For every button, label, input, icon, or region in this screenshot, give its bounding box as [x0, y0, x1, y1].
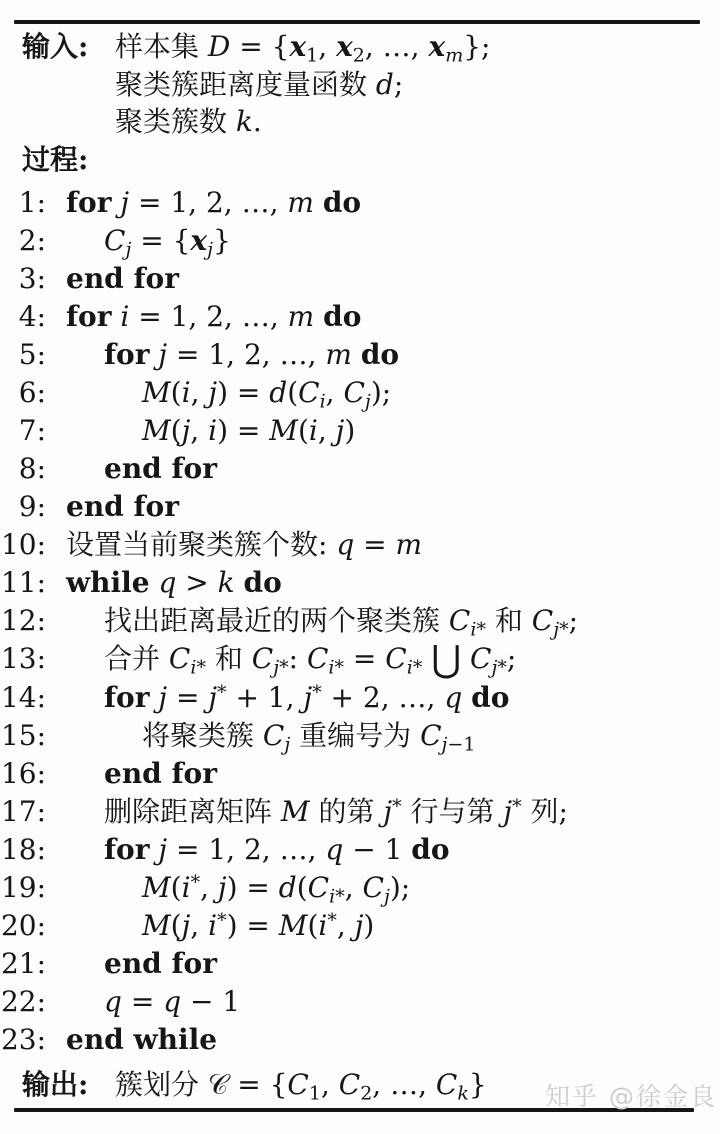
step-row: 3:end for — [0, 260, 720, 298]
step-content: for j = 1, 2, …, q − 1 do — [66, 831, 450, 869]
step-number: 8: — [0, 450, 46, 488]
step-content: for j = 1, 2, …, m do — [66, 336, 399, 374]
process-label: 过程: — [0, 141, 720, 179]
output-expression: 簇划分 𝒞 = {C1, C2, …, Ck} — [115, 1066, 487, 1104]
input-line: 样本集 D = {x1, x2, …, xm}; — [115, 28, 490, 66]
step-content: end for — [66, 450, 217, 488]
step-content: Cj = {xj} — [66, 222, 231, 260]
step-number: 16: — [0, 755, 46, 793]
step-number: 20: — [0, 907, 46, 945]
step-content: while q > k do — [66, 564, 282, 602]
step-number: 14: — [0, 679, 46, 717]
step-content: end for — [66, 755, 217, 793]
step-row: 18:for j = 1, 2, …, q − 1 do — [0, 831, 720, 869]
step-content: for i = 1, 2, …, m do — [66, 298, 361, 336]
step-number: 22: — [0, 983, 46, 1021]
step-number: 5: — [0, 336, 46, 374]
step-number: 9: — [0, 488, 46, 526]
step-number: 12: — [0, 602, 46, 640]
step-row: 23:end while — [0, 1021, 720, 1059]
step-row: 22:q = q − 1 — [0, 983, 720, 1021]
step-row: 19:M(i*, j) = d(Ci*, Cj); — [0, 869, 720, 907]
step-content: 找出距离最近的两个聚类簇 Ci* 和 Cj*; — [66, 602, 578, 640]
step-number: 13: — [0, 640, 46, 679]
step-row: 21:end for — [0, 945, 720, 983]
step-number: 1: — [0, 184, 46, 222]
step-row: 17:删除距离矩阵 M 的第 j* 行与第 j* 列; — [0, 793, 720, 831]
step-number: 17: — [0, 793, 46, 831]
step-number: 11: — [0, 564, 46, 602]
input-lines: 样本集 D = {x1, x2, …, xm};聚类簇距离度量函数 d;聚类簇数… — [115, 28, 490, 141]
step-content: end for — [66, 945, 217, 983]
step-number: 7: — [0, 412, 46, 450]
step-number: 2: — [0, 222, 46, 260]
top-rule — [14, 20, 700, 24]
output-label: 输出: — [22, 1066, 115, 1104]
step-number: 23: — [0, 1021, 46, 1059]
step-content: M(i*, j) = d(Ci*, Cj); — [66, 869, 410, 907]
step-number: 6: — [0, 374, 46, 412]
algorithm-steps: 1:for j = 1, 2, …, m do2:Cj = {xj}3:end … — [0, 184, 720, 1059]
step-content: for j = 1, 2, …, m do — [66, 184, 361, 222]
step-number: 15: — [0, 717, 46, 755]
step-number: 19: — [0, 869, 46, 907]
step-row: 5:for j = 1, 2, …, m do — [0, 336, 720, 374]
input-line: 聚类簇数 k. — [115, 103, 490, 141]
algorithm-page: 输入: 样本集 D = {x1, x2, …, xm};聚类簇距离度量函数 d;… — [0, 0, 720, 1134]
input-line: 聚类簇距离度量函数 d; — [115, 66, 490, 104]
step-row: 7:M(j, i) = M(i, j) — [0, 412, 720, 450]
step-number: 10: — [0, 526, 46, 564]
step-row: 6:M(i, j) = d(Ci, Cj); — [0, 374, 720, 412]
step-row: 10:设置当前聚类簇个数: q = m — [0, 526, 720, 564]
step-row: 20:M(j, i*) = M(i*, j) — [0, 907, 720, 945]
step-row: 15:将聚类簇 Cj 重编号为 Cj−1 — [0, 717, 720, 755]
step-row: 13:合并 Ci* 和 Cj*: Ci* = Ci* ⋃ Cj*; — [0, 640, 720, 679]
step-content: 将聚类簇 Cj 重编号为 Cj−1 — [66, 717, 475, 755]
algorithm-body: 输入: 样本集 D = {x1, x2, …, xm};聚类簇距离度量函数 d;… — [0, 28, 720, 1103]
step-number: 18: — [0, 831, 46, 869]
step-row: 9:end for — [0, 488, 720, 526]
step-content: 删除距离矩阵 M 的第 j* 行与第 j* 列; — [66, 793, 568, 831]
step-row: 1:for j = 1, 2, …, m do — [0, 184, 720, 222]
step-content: end while — [66, 1021, 217, 1059]
watermark: 知乎 @徐金良 — [545, 1077, 717, 1113]
step-number: 4: — [0, 298, 46, 336]
step-row: 11:while q > k do — [0, 564, 720, 602]
input-label: 输入: — [22, 28, 115, 141]
step-row: 4:for i = 1, 2, …, m do — [0, 298, 720, 336]
step-content: 合并 Ci* 和 Cj*: Ci* = Ci* ⋃ Cj*; — [66, 640, 516, 679]
step-content: M(j, i*) = M(i*, j) — [66, 907, 374, 945]
step-row: 12:找出距离最近的两个聚类簇 Ci* 和 Cj*; — [0, 602, 720, 640]
step-content: for j = j* + 1, j* + 2, …, q do — [66, 679, 509, 717]
step-content: end for — [66, 488, 179, 526]
step-number: 3: — [0, 260, 46, 298]
step-row: 8:end for — [0, 450, 720, 488]
step-row: 14:for j = j* + 1, j* + 2, …, q do — [0, 679, 720, 717]
step-content: q = q − 1 — [66, 983, 240, 1021]
step-content: M(j, i) = M(i, j) — [66, 412, 355, 450]
step-number: 21: — [0, 945, 46, 983]
step-content: 设置当前聚类簇个数: q = m — [66, 526, 422, 564]
step-content: end for — [66, 260, 179, 298]
step-row: 2:Cj = {xj} — [0, 222, 720, 260]
step-row: 16:end for — [0, 755, 720, 793]
step-content: M(i, j) = d(Ci, Cj); — [66, 374, 391, 412]
input-row: 输入: 样本集 D = {x1, x2, …, xm};聚类簇距离度量函数 d;… — [0, 28, 720, 141]
